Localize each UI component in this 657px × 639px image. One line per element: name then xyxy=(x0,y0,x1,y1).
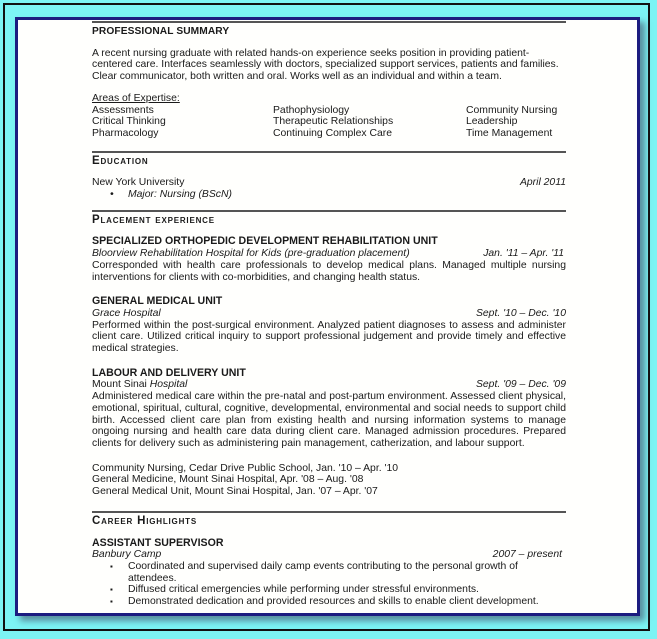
expertise-label: Areas of Expertise: xyxy=(92,93,566,105)
job-description: Administered medical care within the pre… xyxy=(92,391,566,450)
job-bullet: Diffused critical emergencies while perf… xyxy=(92,584,566,596)
resume-content: PROFESSIONAL SUMMARY A recent nursing gr… xyxy=(92,20,566,616)
school-name: New York University xyxy=(92,177,184,189)
job-title: LABOUR AND DELIVERY UNIT xyxy=(92,368,566,380)
expertise-item: Time Management xyxy=(466,128,566,140)
education-row: New York University April 2011 xyxy=(92,177,566,189)
expertise-item: Community Nursing xyxy=(466,105,566,117)
job-meta: Grace Hospital Sept. '10 – Dec. '10 xyxy=(92,308,566,320)
job-title: SPECIALIZED ORTHOPEDIC DEVELOPMENT REHAB… xyxy=(92,236,566,248)
job-dates: Sept. '09 – Dec. '09 xyxy=(476,379,566,391)
other-placement: General Medical Unit, Mount Sinai Hospit… xyxy=(92,486,566,498)
job-dates: Jan. '11 – Apr. '11 xyxy=(483,248,566,260)
job-place: Mount Sinai Hospital xyxy=(92,379,187,391)
section-divider xyxy=(92,511,566,513)
expertise-item: Leadership xyxy=(466,116,566,128)
section-divider xyxy=(92,21,566,23)
expertise-item: Continuing Complex Care xyxy=(273,128,466,140)
section-title-summary: PROFESSIONAL SUMMARY xyxy=(92,26,566,38)
job-bullet: Coordinated and supervised daily camp ev… xyxy=(92,561,566,584)
other-placement: General Medicine, Mount Sinai Hospital, … xyxy=(92,474,566,486)
job-place: Grace Hospital xyxy=(92,308,161,320)
job-place: Banbury Camp xyxy=(92,549,161,561)
job-meta: Banbury Camp 2007 – present xyxy=(92,549,566,561)
summary-text: A recent nursing graduate with related h… xyxy=(92,48,566,83)
section-divider xyxy=(92,210,566,212)
job-title: ASSISTANT SUPERVISOR xyxy=(92,538,566,550)
expertise-item: Therapeutic Relationships xyxy=(273,116,466,128)
job-place: Bloorview Rehabilitation Hospital for Ki… xyxy=(92,248,410,260)
job-meta: Mount Sinai Hospital Sept. '09 – Dec. '0… xyxy=(92,379,566,391)
expertise-item: Critical Thinking xyxy=(92,116,273,128)
job-description: Performed within the post-surgical envir… xyxy=(92,320,566,355)
expertise-grid: Assessments Pathophysiology Community Nu… xyxy=(92,105,566,140)
expertise-item: Pharmacology xyxy=(92,128,273,140)
section-divider xyxy=(92,151,566,153)
resume-page: PROFESSIONAL SUMMARY A recent nursing gr… xyxy=(15,17,640,616)
education-details: Major: Nursing (BScN) xyxy=(92,189,566,201)
expertise-item: Assessments xyxy=(92,105,273,117)
job-title: GENERAL MEDICAL UNIT xyxy=(92,296,566,308)
graduation-date: April 2011 xyxy=(520,177,566,189)
job-meta: Bloorview Rehabilitation Hospital for Ki… xyxy=(92,248,566,260)
job-bullets: Coordinated and supervised daily camp ev… xyxy=(92,561,566,608)
section-title-placement: Placement experience xyxy=(92,215,566,227)
section-title-education: Education xyxy=(92,156,566,168)
major: Major: Nursing (BScN) xyxy=(92,189,566,201)
job-description: Corresponded with health care profession… xyxy=(92,260,566,283)
job-bullet: Demonstrated dedication and provided res… xyxy=(92,596,566,608)
expertise-item: Pathophysiology xyxy=(273,105,466,117)
job-dates: Sept. '10 – Dec. '10 xyxy=(476,308,566,320)
section-title-career: Career Highlights xyxy=(92,516,566,528)
other-placement: Community Nursing, Cedar Drive Public Sc… xyxy=(92,463,566,475)
job-dates: 2007 – present xyxy=(493,549,566,561)
